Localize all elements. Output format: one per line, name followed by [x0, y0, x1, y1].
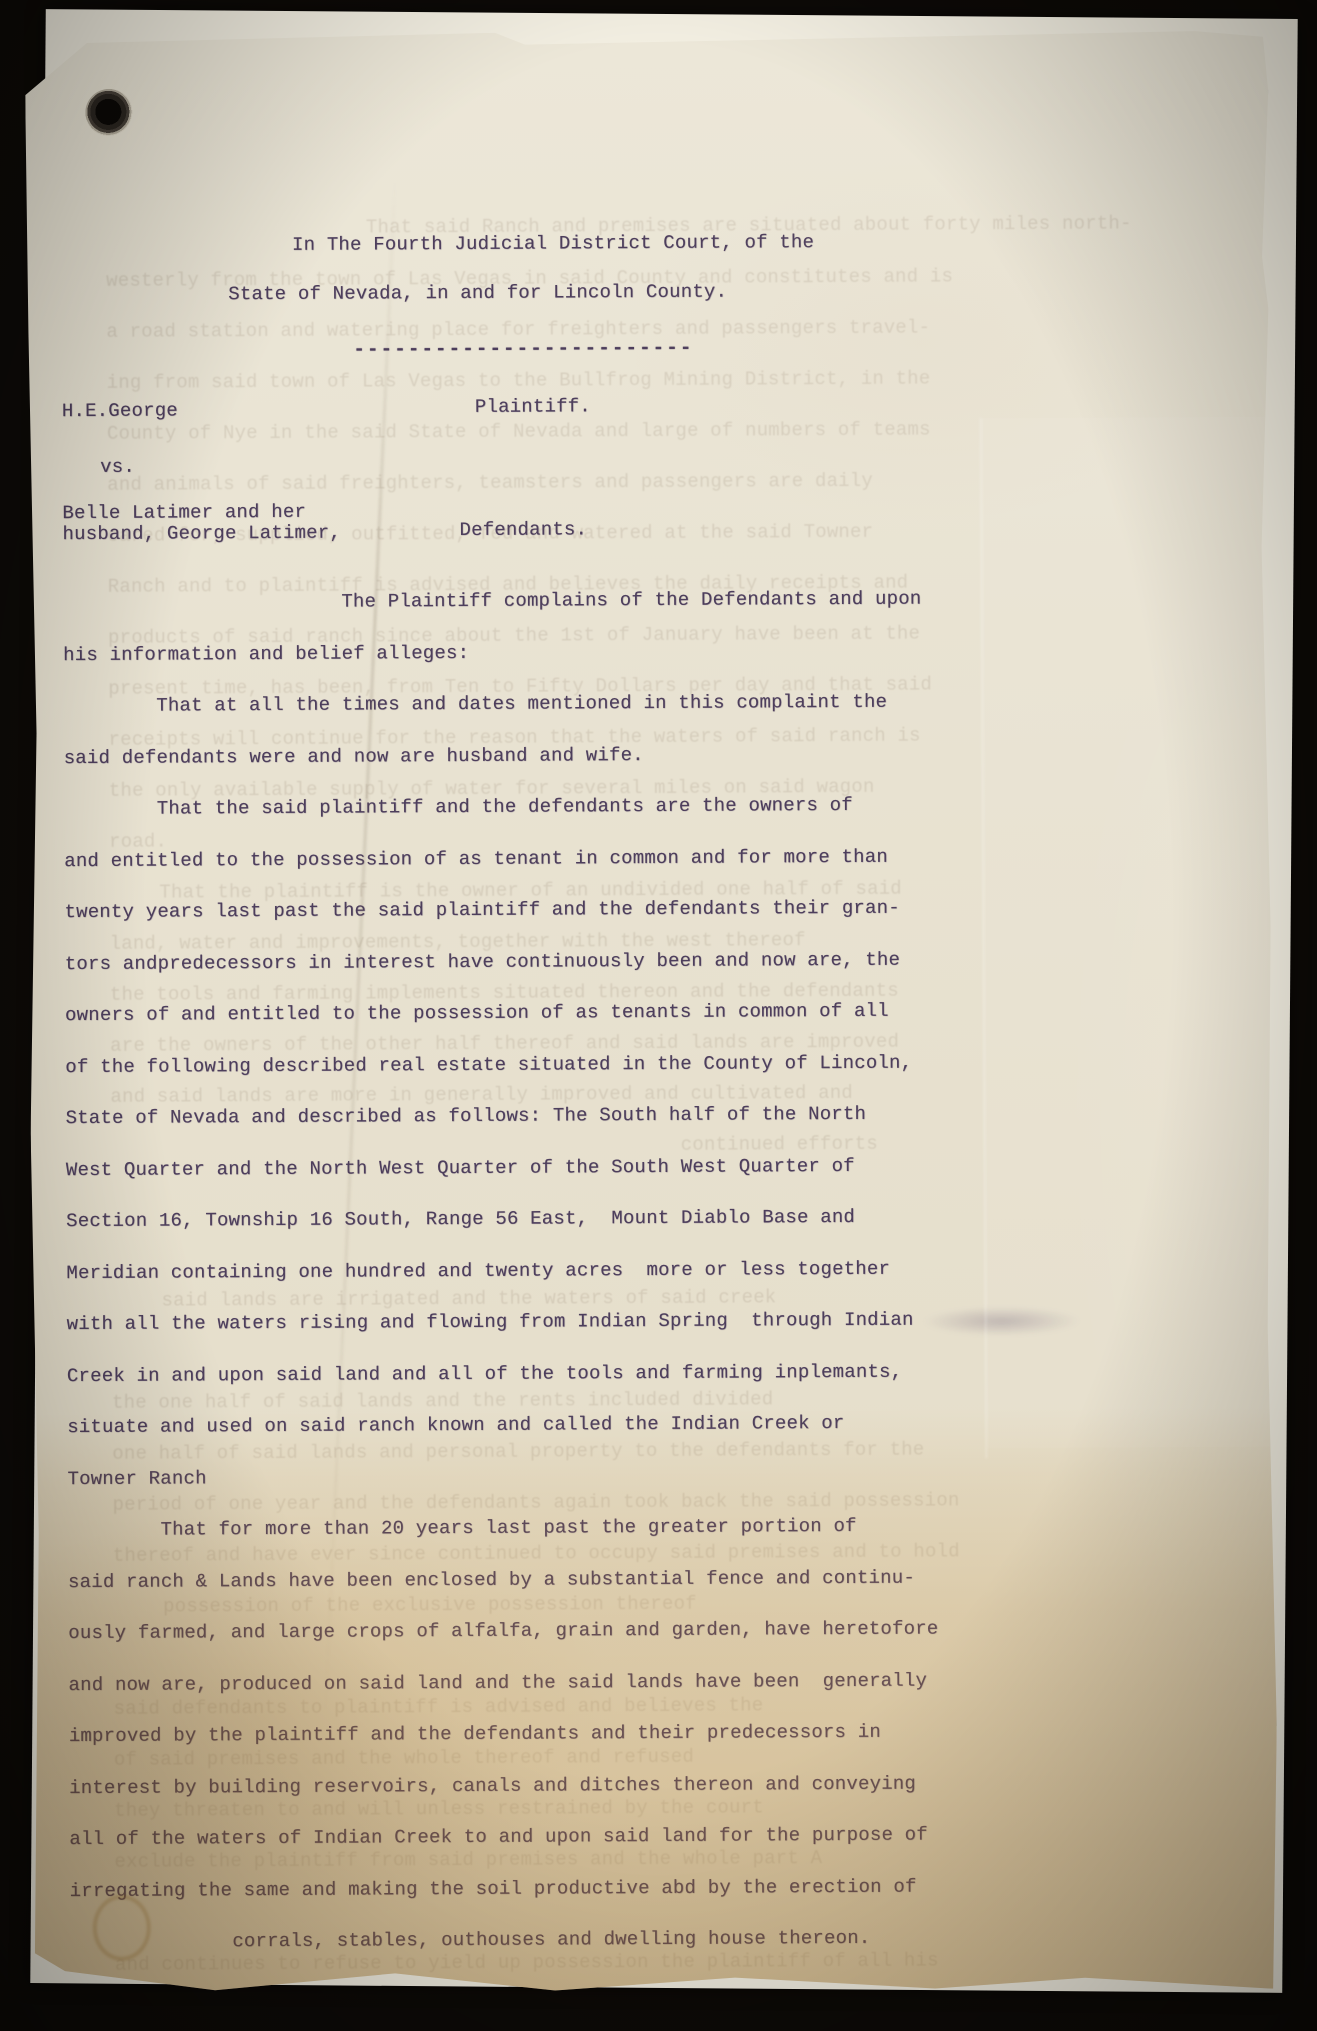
bleed-through-line: they threaten to and will unless restrai… [114, 1795, 764, 1822]
aged-tan-discoloration [32, 1407, 1278, 1996]
bleed-through-line: and animals of said freighters, teamster… [107, 469, 873, 497]
paper-crease [324, 178, 397, 1717]
document-line: West Quarter and the North West Quarter … [66, 1153, 855, 1181]
document-line: of the following described real estate s… [65, 1050, 912, 1078]
document-line: tors andpredecessors in interest have co… [65, 947, 900, 975]
document-line: situate and used on said ranch known and… [67, 1411, 844, 1439]
punched-hole-eyelet [85, 89, 133, 137]
versus-label: vs. [100, 455, 135, 479]
bleed-through-line: one half of said lands and personal prop… [112, 1438, 924, 1466]
document-line: ously farmed, and large crops of alfalfa… [68, 1617, 938, 1646]
document-line: owners of and entitled to the possession… [65, 999, 889, 1027]
document-line: all of the waters of Indian Creek to and… [69, 1823, 928, 1851]
plaintiff-name: H.E.George [62, 398, 178, 423]
court-heading-line2: State of Nevada, in and for Lincoln Coun… [228, 280, 727, 307]
document-line: said ranch & Lands have been enclosed by… [68, 1565, 915, 1593]
paper-fold-line [980, 418, 987, 1458]
defendant-label: Defendants. [459, 517, 587, 542]
document-line: That at all the times and dates mentione… [63, 690, 887, 718]
bleed-through-line: of said premises and the whole thereof a… [114, 1745, 694, 1772]
document-line: said defendants were and now are husband… [64, 743, 644, 770]
document-line: with all the waters rising and flowing f… [67, 1308, 914, 1336]
document-line: Towner Ranch [67, 1466, 206, 1491]
document-line: his information and belief alleges: [63, 640, 469, 666]
bleed-through-line: possession of the exclusive possession t… [163, 1592, 697, 1619]
scanned-court-document-page: { "colors": { "background": "#0d0a07", "… [0, 0, 1317, 2031]
typed-dashed-rule: ------------------------- [353, 336, 693, 362]
document-line: Section 16, Township 16 South, Range 56 … [66, 1205, 855, 1233]
document-line: That the said plaintiff and the defendan… [64, 793, 853, 821]
circular-stain-mark [93, 1895, 151, 1961]
document-line: State of Nevada and described as follows… [65, 1102, 866, 1130]
bleed-through-line: County of Nye in the said State of Nevad… [107, 418, 931, 446]
document-paper-sheet: That said Ranch and premises are situate… [25, 27, 1278, 1995]
document-line: Creek in and upon said land and all of t… [67, 1359, 902, 1387]
document-line: improved by the plaintiff and the defend… [69, 1720, 881, 1748]
bleed-through-line: thereof and have ever since continued to… [113, 1539, 960, 1567]
document-line: The Plaintiff complains of the Defendant… [63, 587, 922, 615]
document-line: irregating the same and making the soil … [70, 1874, 917, 1902]
document-line: and entitled to the possession of as ten… [64, 844, 888, 872]
defendant-name-line2: husband, George Latimer, [62, 521, 341, 546]
bleed-through-line: ing from said town of Las Vegas to the B… [107, 367, 931, 395]
court-heading-line1: In The Fourth Judicial District Court, o… [292, 230, 814, 257]
document-line: That for more than 20 years last past th… [68, 1514, 857, 1542]
document-line: interest by building reservoirs, canals … [69, 1771, 916, 1799]
bleed-through-line: the one half of said lands and the rents… [112, 1387, 773, 1414]
document-line: twenty years last past the said plaintif… [64, 896, 899, 924]
paper-light-patch [982, 417, 1275, 1448]
document-line: corrals, stables, outhouses and dwelling… [70, 1926, 871, 1954]
plaintiff-label: Plaintiff. [475, 394, 591, 419]
bleed-through-line: period of one year and the defendants ag… [113, 1488, 960, 1516]
ink-smudge [922, 1306, 1082, 1337]
document-line: and now are, produced on said land and t… [68, 1668, 927, 1696]
document-line: Meridian containing one hundred and twen… [66, 1256, 890, 1284]
bleed-through-line: said defendants to plaintiff is advised … [114, 1693, 764, 1720]
